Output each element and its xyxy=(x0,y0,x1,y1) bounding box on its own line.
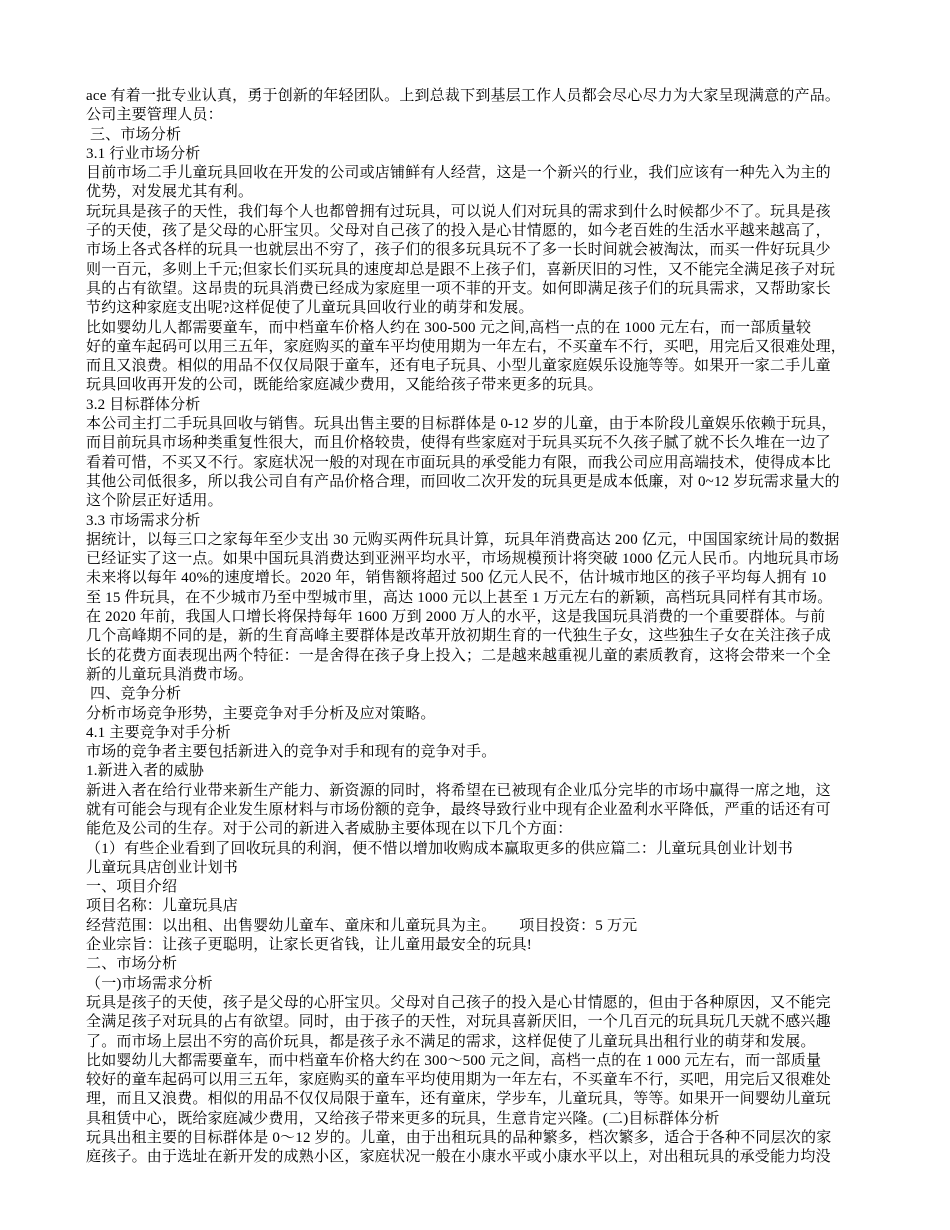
text-line: 三、市场分析 xyxy=(86,126,870,145)
text-line: 新的儿童玩具消费市场。 xyxy=(86,666,870,685)
text-line: 子的天使，孩了是父母的心肝宝贝。父母对自己孩了的投入是心甘情愿的，如今老百姓的生… xyxy=(86,222,870,241)
text-line: 3.3 市场需求分析 xyxy=(86,512,870,531)
text-line: 本公司主打二手玩具回收与销售。玩具出售主要的目标群体是 0-12 岁的儿童，由于… xyxy=(86,415,870,434)
text-line: 3.1 行业市场分析 xyxy=(86,145,870,164)
text-line: 玩具回收再开发的公司，既能给家庭减少费用，又能给孩子带来更多的玩具。 xyxy=(86,376,870,395)
text-line: 庭孩子。由于选址在新开发的成熟小区，家庭状况一般在小康水平或小康水平以上，对出租… xyxy=(86,1148,870,1167)
text-line: 理，而且又浪费。相似的用品不仅仅局限于童车，还有童床，学步车，儿童玩具，等等。如… xyxy=(86,1090,870,1109)
text-line: 全满足孩子对玩具的占有欲望。同时，由于孩子的天性，对玩具喜新厌旧，一个几百元的玩… xyxy=(86,1013,870,1032)
text-line: 玩具出租主要的目标群体是 0～12 岁的。儿童，由于出租玩具的品种繁多，档次繁多… xyxy=(86,1129,870,1148)
text-line: 在 2020 年前，我国人口增长将保持每年 1600 万到 2000 万人的水平… xyxy=(86,608,870,627)
text-line: 具租赁中心，既给家庭减少费用，又给孩子带来更多的玩具，生意肯定兴隆。(二)目标群… xyxy=(86,1110,870,1129)
text-line: 这个阶层正好适用。 xyxy=(86,492,870,511)
text-line: 而目前玩具市场种类重复性很大，而且价格较贵，使得有些家庭对于玩具买玩不久孩子腻了… xyxy=(86,434,870,453)
text-line: 看着可惜，不买又不行。家庭状况一般的对现在市面玩具的承受能力有限，而我公司应用高… xyxy=(86,454,870,473)
text-line: 长的花费方面表现出两个特征：一是舍得在孩子身上投入；二是越来越重视儿童的素质教育… xyxy=(86,647,870,666)
text-line: 二、市场分析 xyxy=(86,955,870,974)
text-line: 公司主要管理人员： xyxy=(86,106,870,125)
text-line: 一、项目介绍 xyxy=(86,878,870,897)
text-line: 则一百元，多则上千元;但家长们买玩具的速度却总是跟不上孩子们，喜新厌旧的习性，又… xyxy=(86,261,870,280)
text-line: 几个高峰期不同的是，新的生育高峰主要群体是改革开放初期生育的一代独生子女，这些独… xyxy=(86,627,870,646)
text-line: 节约这种家庭支出呢?这样促使了儿童玩具回收行业的萌芽和发展。 xyxy=(86,299,870,318)
text-line: 1.新进入者的威胁 xyxy=(86,762,870,781)
text-line: 至 15 件玩具，在不少城市乃至中型城市里，高达 1000 元以上甚至 1 万元… xyxy=(86,589,870,608)
text-line: 四、竞争分析 xyxy=(86,685,870,704)
text-line: 4.1 主要竞争对手分析 xyxy=(86,724,870,743)
text-line: 据统计，以每三口之家每年至少支出 30 元购买两件玩具计算，玩具年消费高达 20… xyxy=(86,531,870,550)
text-line: ace 有着一批专业认真，勇于创新的年轻团队。上到总裁下到基层工作人员都会尽心尽… xyxy=(86,87,870,106)
text-line: 了。而市场上层出不穷的高价玩具，都是孩子永不满足的需求，这样促使了儿童玩具出租行… xyxy=(86,1033,870,1052)
text-line: 能危及公司的生存。对于公司的新进入者威胁主要体现在以下几个方面： xyxy=(86,820,870,839)
text-line: 3.2 目标群体分析 xyxy=(86,396,870,415)
text-line: 已经证实了这一点。如果中国玩具消费达到亚洲平均水平，市场规模预计将突破 1000… xyxy=(86,550,870,569)
text-line: 而且又浪费。相似的用品不仅仅局限于童车，还有电子玩具、小型儿童家庭娱乐设施等等。… xyxy=(86,357,870,376)
text-line: 目前市场二手儿童玩具回收在开发的公司或店铺鲜有人经营，这是一个新兴的行业，我们应… xyxy=(86,164,870,183)
text-line: 比如婴幼儿人都需要童车，而中档童车价格人约在 300-500 元之间,高档一点的… xyxy=(86,319,870,338)
text-line: 优势，对发展尤其有利。 xyxy=(86,183,870,202)
text-line: 项目名称：儿童玩具店 xyxy=(86,897,870,916)
text-line: 分析市场竞争形势，主要竞争对手分析及应对策略。 xyxy=(86,705,870,724)
document-text: ace 有着一批专业认真，勇于创新的年轻团队。上到总裁下到基层工作人员都会尽心尽… xyxy=(86,87,870,1168)
text-line: 玩玩具是孩子的天性，我们每个人也都曾拥有过玩具，可以说人们对玩具的需求到什么时候… xyxy=(86,203,870,222)
text-line: 新进入者在给行业带来新生产能力、新资源的同时，将希望在已被现有企业瓜分完毕的市场… xyxy=(86,782,870,801)
text-line: 比如婴幼儿大都需要童车，而中档童车价格大约在 300～500 元之间，高档一点的… xyxy=(86,1052,870,1071)
text-line: 其他公司低很多，所以我公司自有产品价格合理，而回收二次开发的玩具更是成本低廉，对… xyxy=(86,473,870,492)
text-line: （1）有些企业看到了回收玩具的利润，便不惜以增加收购成本赢取更多的供应篇二：儿童… xyxy=(86,840,870,859)
text-line: 儿童玩具店创业计划书 xyxy=(86,859,870,878)
text-line: 具的占有欲望。这昂贵的玩具消费已经成为家庭里一项不菲的开支。如何即满足孩子们的玩… xyxy=(86,280,870,299)
document-page: ace 有着一批专业认真，勇于创新的年轻团队。上到总裁下到基层工作人员都会尽心尽… xyxy=(0,0,950,1230)
text-line: 经营范围：以出租、出售婴幼儿童车、童床和儿童玩具为主。 项目投资：5 万元 xyxy=(86,917,870,936)
text-line: 玩具是孩子的天使，孩子是父母的心肝宝贝。父母对自己孩子的投入是心甘情愿的，但由于… xyxy=(86,994,870,1013)
text-line: 好的童车起码可以用三五年，家庭购买的童车平均使用期为一年左右，不买童车不行，买吧… xyxy=(86,338,870,357)
text-line: 较好的童车起码可以用三五年，家庭购买的童车平均使用期为一年左右，不买童车不行，买… xyxy=(86,1071,870,1090)
text-line: （一)市场需求分析 xyxy=(86,975,870,994)
text-line: 市场上各式各样的玩具一也就层出不穷了，孩子们的很多玩具玩不了多一长时间就会被淘汰… xyxy=(86,241,870,260)
text-line: 就有可能会与现有企业发生原材料与市场份额的竞争，最终导致行业中现有企业盈利水平降… xyxy=(86,801,870,820)
text-line: 市场的竞争者主要包括新进入的竞争对手和现有的竞争对手。 xyxy=(86,743,870,762)
text-line: 企业宗旨：让孩子更聪明，让家长更省钱，让儿童用最安全的玩具! xyxy=(86,936,870,955)
text-line: 未来将以每年 40%的速度增长。2020 年，销售额将超过 500 亿元人民不，… xyxy=(86,569,870,588)
